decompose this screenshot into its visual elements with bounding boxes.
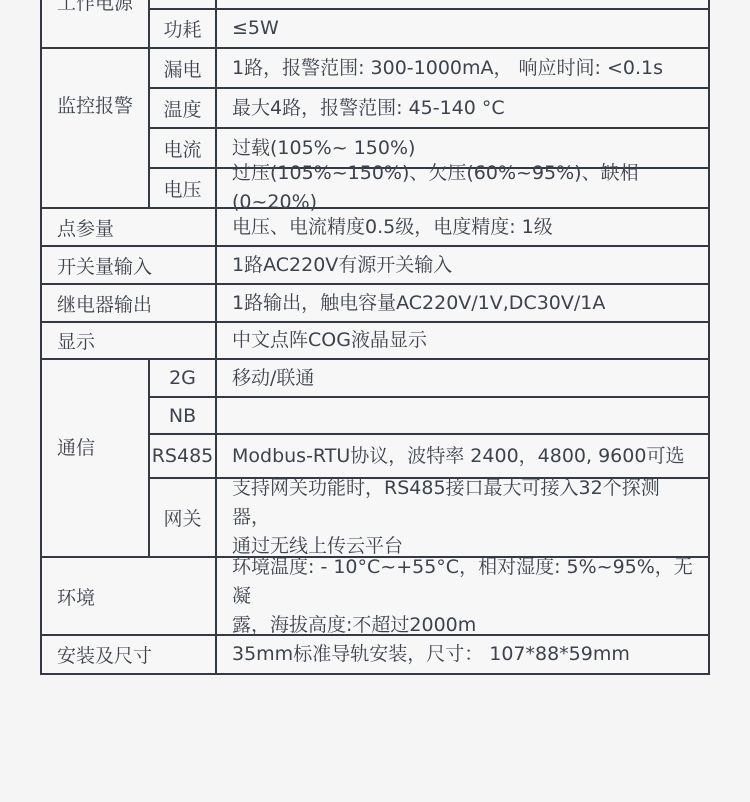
value-cell: 过压(105%~150%)、欠压(60%~95%)、缺相(0~20%) xyxy=(217,169,708,207)
page: 工作电源 功耗 ≤5W 监控报警 漏电 1路，报警范围 xyxy=(0,0,750,802)
section-communication: 通信 2G 移动/联通 NB RS485 Modbus-RTU协议，波特率 24… xyxy=(42,360,708,558)
category-cell: 安装及尺寸 xyxy=(42,636,217,673)
category-cell: 点参量 xyxy=(42,209,217,245)
spec-table: 工作电源 功耗 ≤5W 监控报警 漏电 1路，报警范围 xyxy=(40,0,710,675)
category-cell: 开关量输入 xyxy=(42,247,217,283)
sub-cell: 温度 xyxy=(150,89,217,127)
sub-cell: 2G xyxy=(150,360,217,396)
table-row: NB xyxy=(150,398,708,435)
sub-cell: RS485 xyxy=(150,435,217,477)
section-relay-output: 继电器输出 1路输出，触电容量AC220V/1V,DC30V/1A xyxy=(42,285,708,323)
category-cell: 监控报警 xyxy=(42,49,150,207)
value-cell xyxy=(217,0,708,8)
sub-cell xyxy=(150,0,217,8)
value-cell: 1路，报警范围: 300-1000mA， 响应时间: <0.1s xyxy=(217,49,708,87)
value-cell: 最大4路，报警范围: 45-140 °C xyxy=(217,89,708,127)
category-label: 工作电源 xyxy=(57,0,133,15)
category-cell: 显示 xyxy=(42,323,217,358)
value-cell: 电压、电流精度0.5级，电度精度: 1级 xyxy=(217,209,708,245)
table-row: 2G 移动/联通 xyxy=(150,360,708,398)
table-row: 温度 最大4路，报警范围: 45-140 °C xyxy=(150,89,708,129)
sub-cell: 漏电 xyxy=(150,49,217,87)
category-cell: 环境 xyxy=(42,558,217,634)
section-monitor-alarm: 监控报警 漏电 1路，报警范围: 300-1000mA， 响应时间: <0.1s… xyxy=(42,49,708,209)
section-installation: 安装及尺寸 35mm标准导轨安装，尺寸： 107*88*59mm xyxy=(42,636,708,673)
section-environment: 环境 环境温度: - 10°C~+55°C，相对湿度: 5%~95%，无凝 露，… xyxy=(42,558,708,636)
category-label: 监控报警 xyxy=(57,91,133,118)
sub-cell: 网关 xyxy=(150,479,217,556)
table-row xyxy=(150,0,708,10)
value-cell: ≤5W xyxy=(217,10,708,47)
table-row: 功耗 ≤5W xyxy=(150,10,708,47)
category-cell: 工作电源 xyxy=(42,0,150,47)
value-cell: 35mm标准导轨安装，尺寸： 107*88*59mm xyxy=(217,636,708,673)
sub-cell: 电压 xyxy=(150,169,217,207)
table-row: RS485 Modbus-RTU协议，波特率 2400，4800, 9600可选 xyxy=(150,435,708,479)
value-cell: Modbus-RTU协议，波特率 2400，4800, 9600可选 xyxy=(217,435,708,477)
table-row: 电压 过压(105%~150%)、欠压(60%~95%)、缺相(0~20%) xyxy=(150,169,708,207)
section-display: 显示 中文点阵COG液晶显示 xyxy=(42,323,708,360)
value-cell: 1路输出，触电容量AC220V/1V,DC30V/1A xyxy=(217,285,708,321)
sub-cell: 功耗 xyxy=(150,10,217,47)
value-cell: 1路AC220V有源开关输入 xyxy=(217,247,708,283)
value-cell xyxy=(217,398,708,433)
value-cell: 移动/联通 xyxy=(217,360,708,396)
section-switch-input: 开关量输入 1路AC220V有源开关输入 xyxy=(42,247,708,285)
value-cell: 中文点阵COG液晶显示 xyxy=(217,323,708,358)
table-row: 漏电 1路，报警范围: 300-1000mA， 响应时间: <0.1s xyxy=(150,49,708,89)
value-cell: 支持网关功能时，RS485接口最大可接入32个探测器， 通过无线上传云平台 xyxy=(217,479,708,556)
section-parameters: 点参量 电压、电流精度0.5级，电度精度: 1级 xyxy=(42,209,708,247)
category-cell: 通信 xyxy=(42,360,150,556)
category-label: 通信 xyxy=(57,433,95,460)
section-power: 工作电源 功耗 ≤5W xyxy=(42,0,708,49)
value-cell: 环境温度: - 10°C~+55°C，相对湿度: 5%~95%，无凝 露，海拔高… xyxy=(217,558,708,634)
table-row: 网关 支持网关功能时，RS485接口最大可接入32个探测器， 通过无线上传云平台 xyxy=(150,479,708,556)
sub-cell: 电流 xyxy=(150,129,217,167)
category-cell: 继电器输出 xyxy=(42,285,217,321)
sub-cell: NB xyxy=(150,398,217,433)
